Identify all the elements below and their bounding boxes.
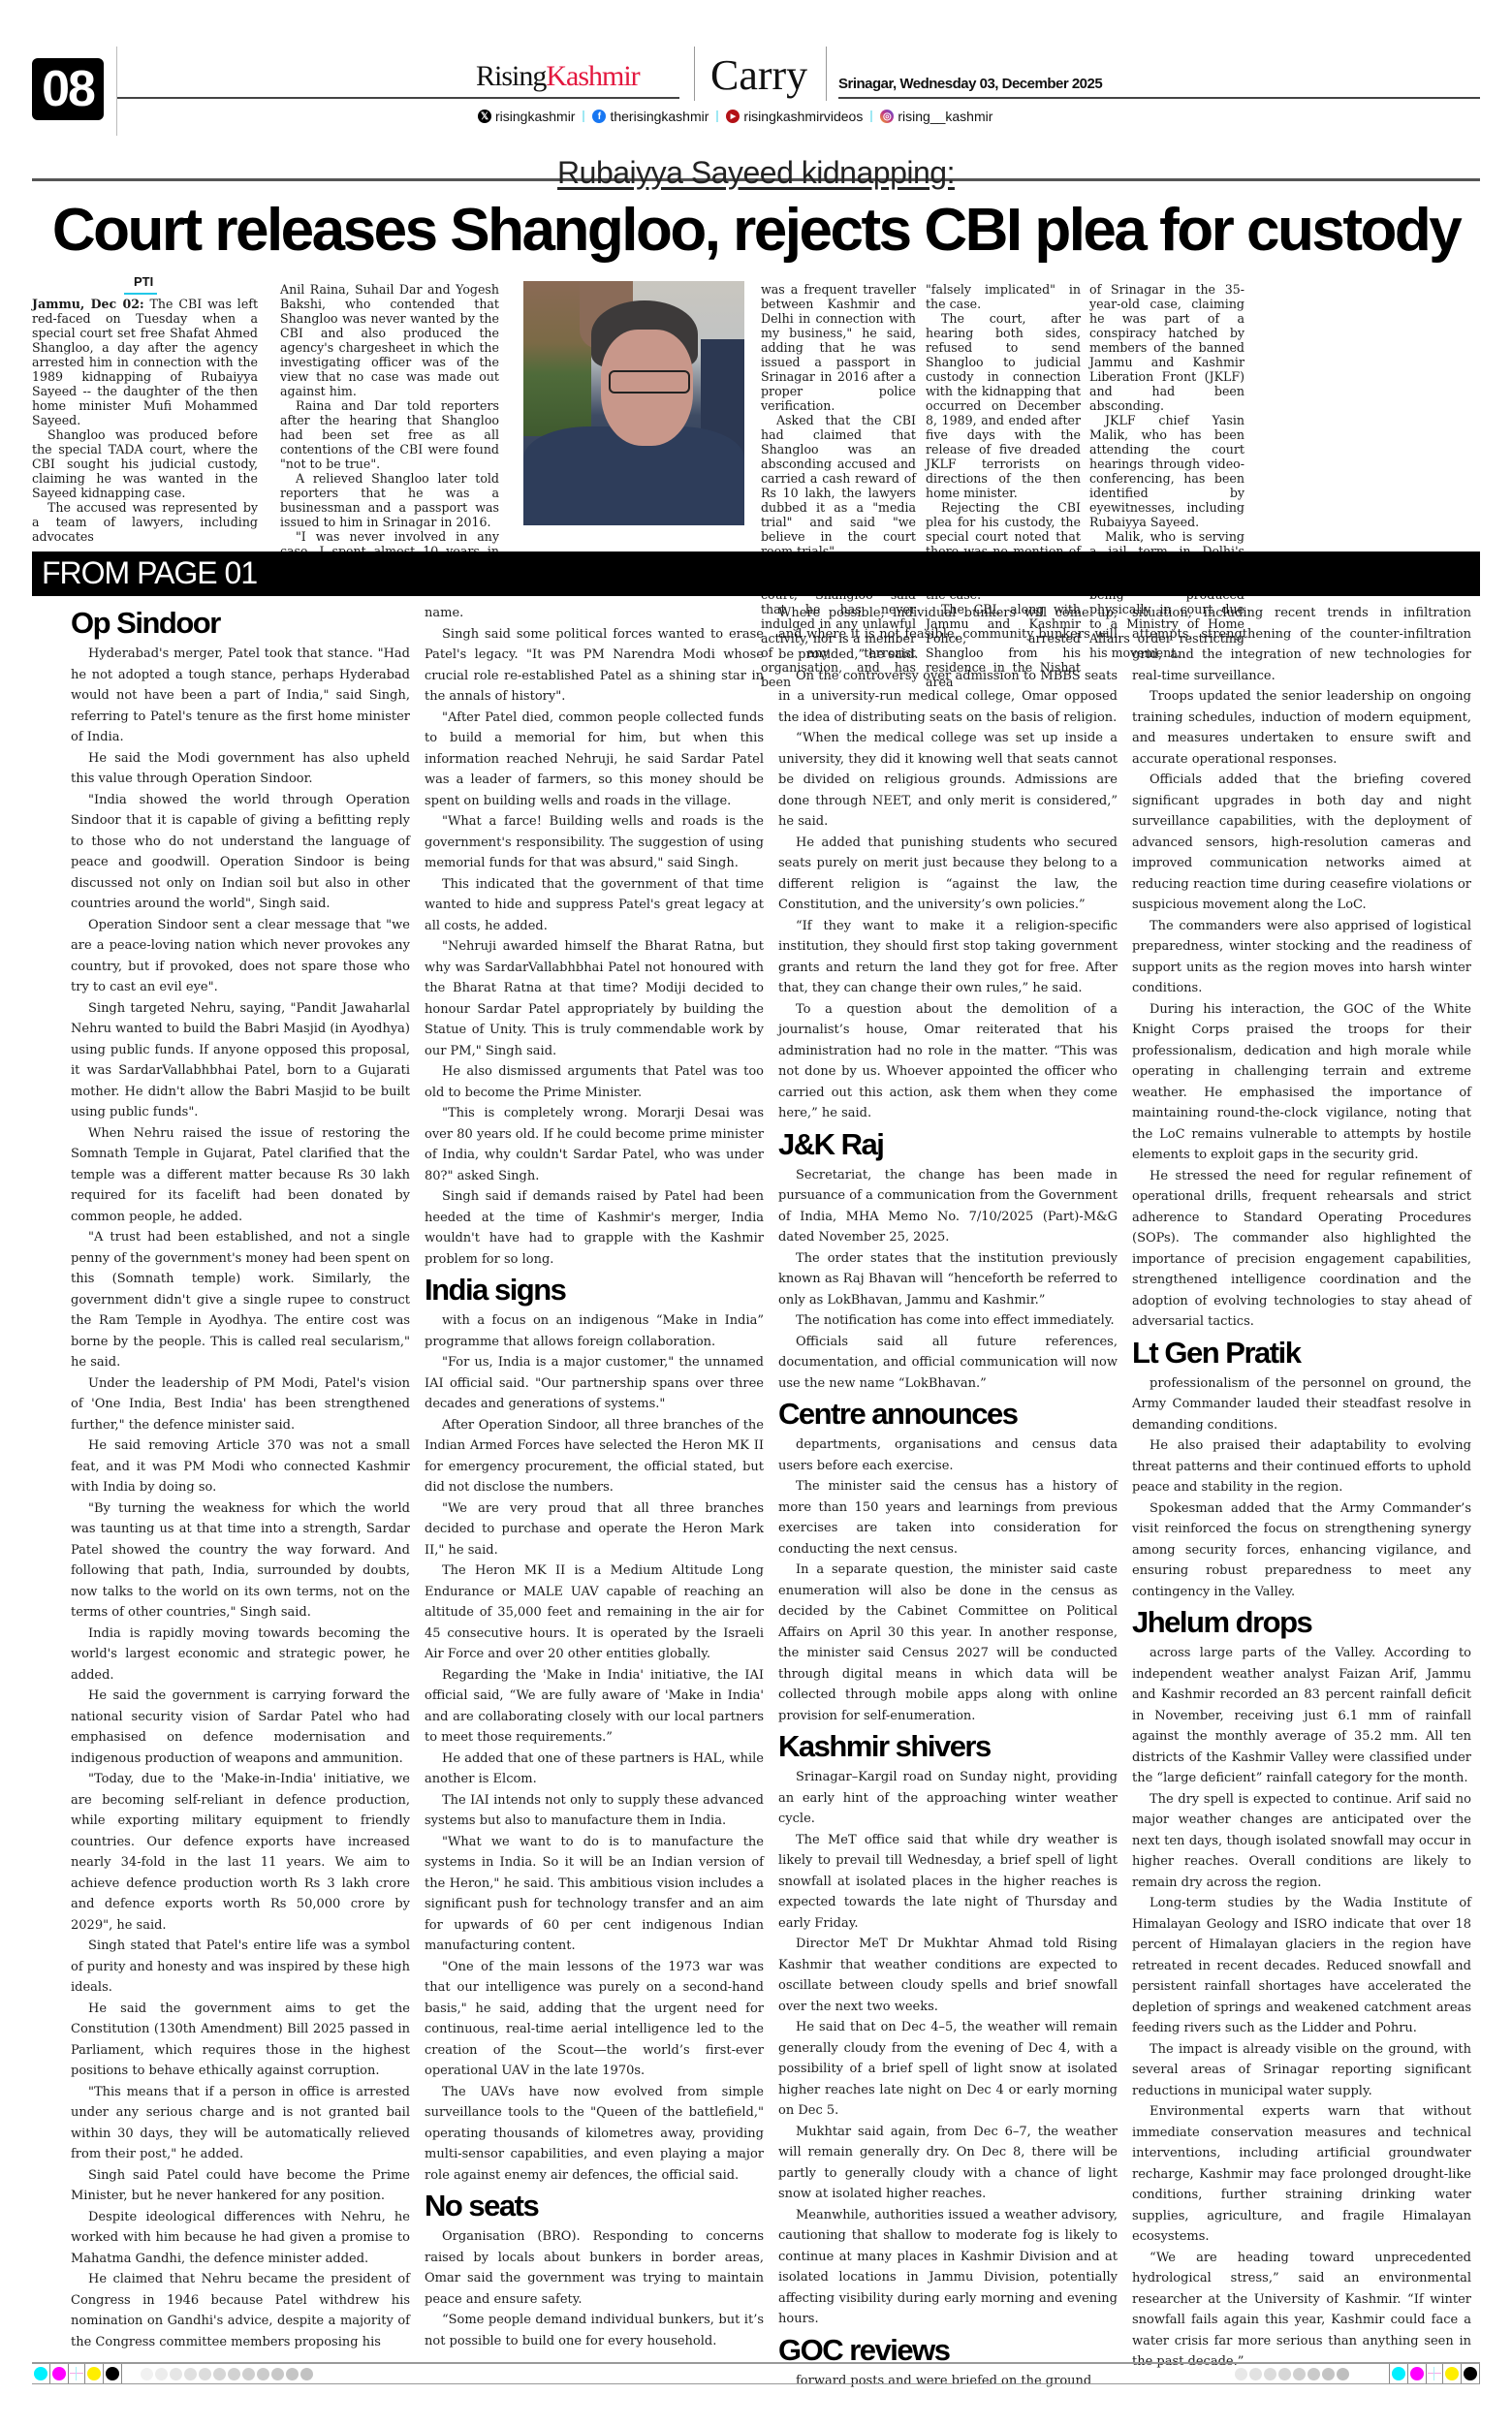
social-instagram[interactable]: ◎ rising__kashmir [880,109,992,124]
tint-dot [184,2368,197,2380]
byline: PTI [134,274,153,289]
paragraph: Officials added that the briefing covere… [1132,770,1471,916]
paragraph: This indicated that the government of th… [425,874,764,937]
social-handle: therisingkashmir [610,109,709,124]
paragraph: professionalism of the personnel on grou… [1132,1373,1471,1436]
paragraph: He said that on Dec 4–5, the weather wil… [778,2017,1118,2122]
color-swatch-cyan [1389,2364,1408,2383]
color-swatch-black [1462,2364,1480,2383]
grey-tint-scale [122,2368,314,2380]
paragraph: "We are very proud that all three branch… [425,1498,764,1561]
paragraph: The dry spell is expected to continue. A… [1132,1789,1471,1894]
tint-dot [242,2368,255,2380]
paragraph: "For us, India is a major customer," the… [425,1352,764,1415]
story-kicker: Rubaiyya Sayeed kidnapping: [32,155,1480,191]
paragraph: Srinagar–Kargil road on Sunday night, pr… [778,1767,1118,1830]
section-heading: Jhelum drops [1132,1604,1471,1641]
social-youtube[interactable]: ▶ risingkashmirvideos [726,109,872,124]
paragraph: Secretariat, the change has been made in… [778,1165,1118,1248]
paragraph: Director MeT Dr Mukhtar Ahmad told Risin… [778,1934,1118,2017]
top-story-column-2: Anil Raina, Suhail Dar and Yogesh Bakshi… [280,282,499,573]
paragraph: Mukhtar said again, from Dec 6–7, the we… [778,2122,1118,2205]
tint-dot [1307,2368,1320,2380]
paragraph: "What we want to do is to manufacture th… [425,1832,764,1957]
paragraph: He added that one of these partners is H… [425,1749,764,1790]
photo-glasses [609,370,690,394]
paragraph: On the controversy over admission to MBB… [778,666,1118,729]
masthead-rule-left [117,97,679,99]
shangloo-photo [523,281,744,525]
grey-tint-scale [1234,2368,1389,2380]
paragraph: The IAI intends not only to supply these… [425,1790,764,1832]
registration-mark [1427,2364,1443,2383]
paragraph: Singh targeted Nehru, saying, "Pandit Ja… [71,998,410,1123]
paragraph: Operation Sindoor sent a clear message t… [71,915,410,998]
paragraph: "Today, due to the 'Make-in-India' initi… [71,1769,410,1936]
tint-dot [1322,2368,1335,2380]
youtube-icon: ▶ [726,110,740,123]
brand-separator [694,47,695,101]
paragraph: The court, after hearing both sides, ref… [926,311,1081,500]
paragraph: Anil Raina, Suhail Dar and Yogesh Bakshi… [280,282,499,398]
brand-logo[interactable]: RisingKashmir [476,60,640,93]
from-page-banner: FROM PAGE 01 [32,552,1480,596]
tint-dot [199,2368,211,2380]
magenta-dot [52,2367,66,2380]
yellow-dot [1445,2367,1459,2380]
paragraph: Hyderabad's merger, Patel took that stan… [71,644,410,748]
social-handles: 𝕏 risingkashmir f therisingkashmir ▶ ris… [478,109,992,124]
section-heading: Kashmir shivers [778,1728,1118,1765]
facebook-icon: f [592,110,606,123]
paragraph: across large parts of the Valley. Accord… [1132,1643,1471,1789]
tint-dot [170,2368,182,2380]
instagram-icon: ◎ [880,110,894,123]
page-number: 08 [32,58,104,120]
tint-dot [213,2368,226,2380]
paragraph: To a question about the demolition of a … [778,999,1118,1124]
masthead-divider [116,47,117,136]
tint-dot [1293,2368,1306,2380]
color-swatch-black [104,2364,122,2383]
social-handle: risingkashmirvideos [743,109,863,124]
tint-dot [228,2368,240,2380]
tint-dot [155,2368,168,2380]
paragraph: Meanwhile, authorities issued a weather … [778,2205,1118,2330]
paragraph: Singh stated that Patel's entire life wa… [71,1936,410,1999]
yellow-dot [87,2367,101,2380]
crosshair-icon [1428,2367,1441,2380]
section-heading: J&K Raj [778,1126,1118,1163]
brand-second: Kashmir [546,60,639,92]
lead-paragraph: Jammu, Dec 02: The CBI was left red-face… [32,297,258,427]
tint-dot [257,2368,269,2380]
tint-dot [1337,2368,1349,2380]
paragraph: "What a farce! Building wells and roads … [425,811,764,874]
masthead-rule-right [838,97,1480,99]
color-swatch-yellow [85,2364,104,2383]
tint-dot [141,2368,153,2380]
paragraph: He also praised their adaptability to ev… [1132,1435,1471,1498]
paragraph: Where possible, individual bunkers will … [778,603,1118,666]
tint-dot [300,2368,313,2380]
social-divider [870,110,872,122]
dateline: Srinagar, Wednesday 03, December 2025 [838,76,1102,92]
tint-dot [1235,2368,1247,2380]
paragraph: Spokesman added that the Army Commander’… [1132,1498,1471,1603]
paragraph: The MeT office said that while dry weath… [778,1830,1118,1935]
section-name: Carry [710,50,807,100]
dateline-lead: Jammu, Dec 02: [32,297,144,311]
social-handle: rising__kashmir [898,109,992,124]
paragraph: Officials said all future references, do… [778,1332,1118,1395]
paragraph: “When the medical college was set up ins… [778,728,1118,833]
paragraph: "falsely implicated" in the case. [926,282,1081,311]
section-heading: Centre announces [778,1396,1118,1433]
paragraph: "A trust had been established, and not a… [71,1227,410,1373]
section-separator [826,47,827,101]
paragraph: The impact is already visible on the gro… [1132,2039,1471,2102]
paragraph: "Nehruji awarded himself the Bharat Ratn… [425,936,764,1061]
paragraph: Asked that the CBI had claimed that Shan… [761,413,916,558]
paragraph: He also dismissed arguments that Patel w… [425,1061,764,1103]
paragraph: with a focus on an indigenous “Make in I… [425,1310,764,1352]
x-icon: 𝕏 [478,110,491,123]
paragraph: "After Patel died, common people collect… [425,708,764,812]
paragraph: Troops updated the senior leadership on … [1132,686,1471,770]
paragraph: The commanders were also apprised of log… [1132,916,1471,999]
cyan-dot [34,2367,47,2380]
section-heading: No seats [425,2188,764,2224]
cyan-dot [1392,2367,1405,2380]
color-swatch-magenta [1408,2364,1427,2383]
paragraph: “We are heading toward unprecedented hyd… [1132,2248,1471,2373]
paragraph-text: The CBI was left red-faced on Tuesday wh… [32,297,258,427]
newspaper-page: 08 RisingKashmir Carry Srinagar, Wednesd… [32,0,1480,2427]
continuation-column-1: Op SindoorHyderabad's merger, Patel took… [71,603,410,2352]
paragraph: Singh said if demands raised by Patel ha… [425,1186,764,1270]
paragraph: "This means that if a person in office i… [71,2082,410,2165]
paragraph: India is rapidly moving towards becoming… [71,1623,410,1686]
brand-first: Rising [476,60,546,92]
story-headline: Court releases Shangloo, rejects CBI ple… [32,194,1480,268]
black-dot [1464,2367,1477,2380]
tint-dot [1278,2368,1291,2380]
paragraph: "India showed the world through Operatio… [71,790,410,915]
paragraph: Under the leadership of PM Modi, Patel's… [71,1373,410,1436]
paragraph: After Operation Sindoor, all three branc… [425,1415,764,1498]
paragraph: He said the government is carrying forwa… [71,1686,410,1769]
paragraph: “Some people demand individual bunkers, … [425,2310,764,2351]
social-handle: risingkashmir [495,109,575,124]
color-swatch-yellow [1443,2364,1462,2383]
section-heading: Op Sindoor [71,605,410,642]
tint-dot [271,2368,284,2380]
paragraph: He added that punishing students who sec… [778,833,1118,916]
tint-dot [286,2368,299,2380]
section-heading: India signs [425,1272,764,1308]
color-swatch-magenta [50,2364,69,2383]
paragraph: "By turning the weakness for which the w… [71,1498,410,1623]
paragraph: Shangloo was produced before the special… [32,427,258,500]
social-facebook[interactable]: f therisingkashmir [592,109,718,124]
paragraph: of Srinagar in the 35-year-old case, cla… [1089,282,1244,413]
paragraph: He said the government aims to get the C… [71,1999,410,2082]
paragraph: When Nehru raised the issue of restoring… [71,1123,410,1228]
paragraph: "This is completely wrong. Morarji Desai… [425,1103,764,1186]
social-divider [716,110,718,122]
paragraph: Regarding the 'Make in India' initiative… [425,1665,764,1749]
paragraph: name. [425,603,764,624]
registration-mark [69,2364,85,2383]
paragraph: Singh said Patel could have become the P… [71,2165,410,2207]
paragraph: The minister said the census has a histo… [778,1476,1118,1560]
paragraph: situation, including recent trends in in… [1132,603,1471,686]
print-registration-bar [32,2362,1480,2384]
crosshair-icon [70,2367,83,2380]
paragraph: was a frequent traveller between Kashmir… [761,282,916,413]
tint-dot [1249,2368,1262,2380]
paragraph: A relieved Shangloo later told reporters… [280,471,499,529]
paragraph: He claimed that Nehru became the preside… [71,2269,410,2352]
paragraph: departments, organisations and census da… [778,1434,1118,1476]
paragraph: “If they want to make it a religion-spec… [778,916,1118,999]
paragraph: "One of the main lessons of the 1973 war… [425,1957,764,2082]
section-heading: Lt Gen Pratik [1132,1335,1471,1371]
from-page-label: FROM PAGE 01 [42,555,257,591]
paragraph: The UAVs have now evolved from simple su… [425,2082,764,2187]
masthead: 08 RisingKashmir Carry Srinagar, Wednesd… [32,47,1480,134]
paragraph: He stressed the need for regular refinem… [1132,1166,1471,1333]
paragraph: The accused was represented by a team of… [32,500,258,544]
paragraph: Despite ideological differences with Neh… [71,2207,410,2270]
paragraph: JKLF chief Yasin Malik, who has been att… [1089,413,1244,529]
paragraph: The order states that the institution pr… [778,1248,1118,1311]
paragraph: During his interaction, the GOC of the W… [1132,999,1471,1166]
paragraph: Singh said some political forces wanted … [425,624,764,708]
social-divider [583,110,584,122]
magenta-dot [1410,2367,1424,2380]
paragraph: Organisation (BRO). Responding to concer… [425,2226,764,2310]
continuation-column-4: situation, including recent trends in in… [1132,603,1471,2373]
tint-dot [1264,2368,1276,2380]
paragraph: He said the Modi government has also uph… [71,748,410,790]
continuation-column-3: Where possible, individual bunkers will … [778,603,1118,2391]
black-dot [106,2367,119,2380]
top-story-column-1: Jammu, Dec 02: The CBI was left red-face… [32,297,258,544]
continuation-column-2: name.Singh said some political forces wa… [425,603,764,2351]
social-x[interactable]: 𝕏 risingkashmir [478,109,584,124]
paragraph: In a separate question, the minister sai… [778,1560,1118,1726]
color-swatch-cyan [32,2364,50,2383]
paragraph: He said removing Article 370 was not a s… [71,1435,410,1498]
paragraph: Raina and Dar told reporters after the h… [280,398,499,471]
paragraph: The Heron MK II is a Medium Altitude Lon… [425,1560,764,1665]
kicker-text: Rubaiyya Sayeed kidnapping: [557,155,955,190]
byline-accent [124,293,157,295]
paragraph: The notification has come into effect im… [778,1310,1118,1332]
paragraph: Long-term studies by the Wadia Institute… [1132,1893,1471,2039]
paragraph: Environmental experts warn that without … [1132,2101,1471,2248]
